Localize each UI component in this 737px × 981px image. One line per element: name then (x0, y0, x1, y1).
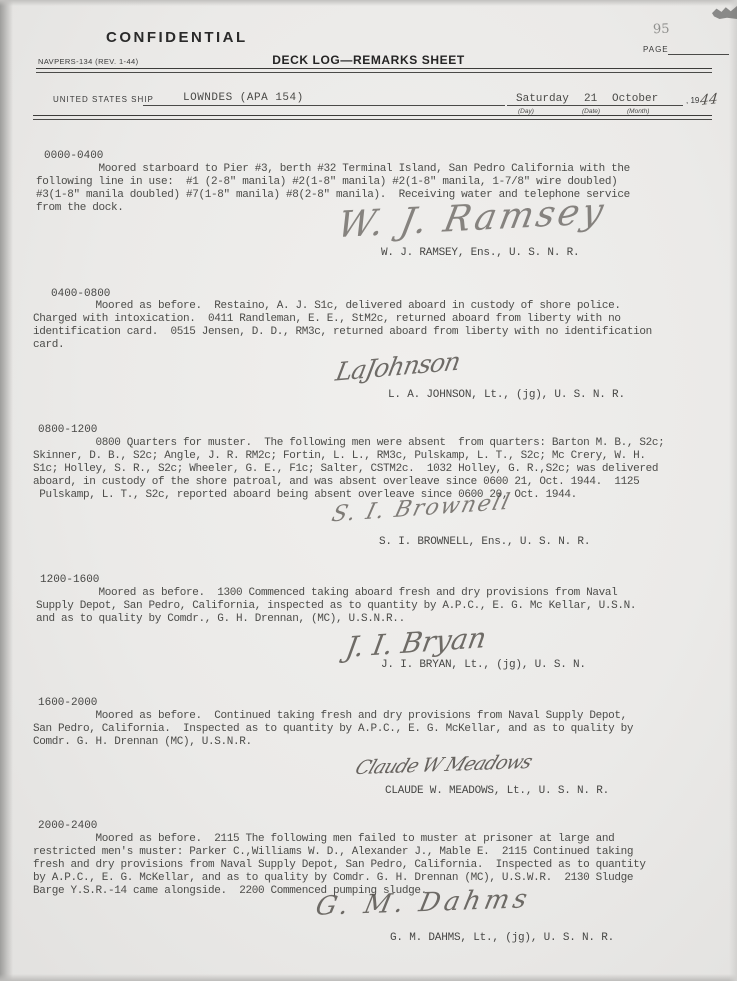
date-sublabel: (Date) (582, 108, 600, 115)
date-day: Saturday (516, 93, 569, 105)
ship-name: LOWNDES (APA 154) (183, 92, 304, 104)
entry-text-0800-1200: 0800 Quarters for muster. The following … (33, 437, 664, 502)
month-sublabel: (Month) (627, 108, 649, 115)
classification-stamp: CONFIDENTIAL (106, 29, 248, 46)
ship-label: UNITED STATES SHIP (53, 95, 154, 104)
page-number: 95 (653, 22, 670, 38)
header-rule-top (36, 68, 712, 73)
entry-text-1200-1600: Moored as before. 1300 Commenced taking … (36, 587, 636, 626)
typed-signature-bryan: J. I. BRYAN, Lt., (jg), U. S. N. (381, 659, 586, 671)
date-line (507, 105, 683, 106)
scan-edge-bottom (0, 974, 737, 981)
typed-signature-brownell: S. I. BROWNELL, Ens., U. S. N. R. (379, 536, 590, 548)
year-handwritten: 44 (699, 91, 718, 109)
typed-signature-dahms: G. M. DAHMS, Lt., (jg), U. S. N. R. (390, 932, 614, 944)
handwritten-signature-bryan: J. I. Bryan (343, 621, 489, 664)
day-sublabel: (Day) (518, 108, 534, 115)
watch-period-0400-0800: 0400-0800 (51, 288, 110, 300)
handwritten-signature-dahms: G. M. Dahms (313, 884, 534, 922)
handwritten-signature-meadows: Claude W Meadows (352, 751, 535, 779)
header-rule-bottom (33, 115, 712, 120)
typed-signature-johnson: L. A. JOHNSON, Lt., (jg), U. S. N. R. (388, 389, 625, 401)
watch-period-1200-1600: 1200-1600 (40, 574, 99, 586)
scan-edge-top (0, 0, 737, 6)
page-title: DECK LOG—REMARKS SHEET (0, 53, 737, 67)
entry-text-0400-0800: Moored as before. Restaino, A. J. S1c, d… (33, 300, 652, 352)
year-prefix: , 19 (686, 96, 699, 105)
ship-name-line (143, 105, 505, 106)
date-month: October (612, 93, 658, 105)
entry-text-1600-2000: Moored as before. Continued taking fresh… (33, 710, 633, 749)
date-date: 21 (584, 93, 597, 105)
watch-period-1600-2000: 1600-2000 (38, 697, 97, 709)
typed-signature-ramsey: W. J. RAMSEY, Ens., U. S. N. R. (381, 247, 579, 259)
scan-edge-left (0, 0, 13, 981)
deck-log-page: CONFIDENTIAL 95 PAGE NAVPERS-134 (REV. 1… (0, 0, 737, 981)
entry-text-2000-2400: Moored as before. 2115 The following men… (33, 833, 646, 898)
handwritten-signature-johnson: LaJohnson (333, 346, 462, 386)
scan-edge-right (729, 0, 737, 981)
watch-period-0800-1200: 0800-1200 (38, 424, 97, 436)
typed-signature-meadows: CLAUDE W. MEADOWS, Lt., U. S. N. R. (385, 785, 609, 797)
watch-period-2000-2400: 2000-2400 (38, 820, 97, 832)
watch-period-0000-0400: 0000-0400 (44, 150, 103, 162)
